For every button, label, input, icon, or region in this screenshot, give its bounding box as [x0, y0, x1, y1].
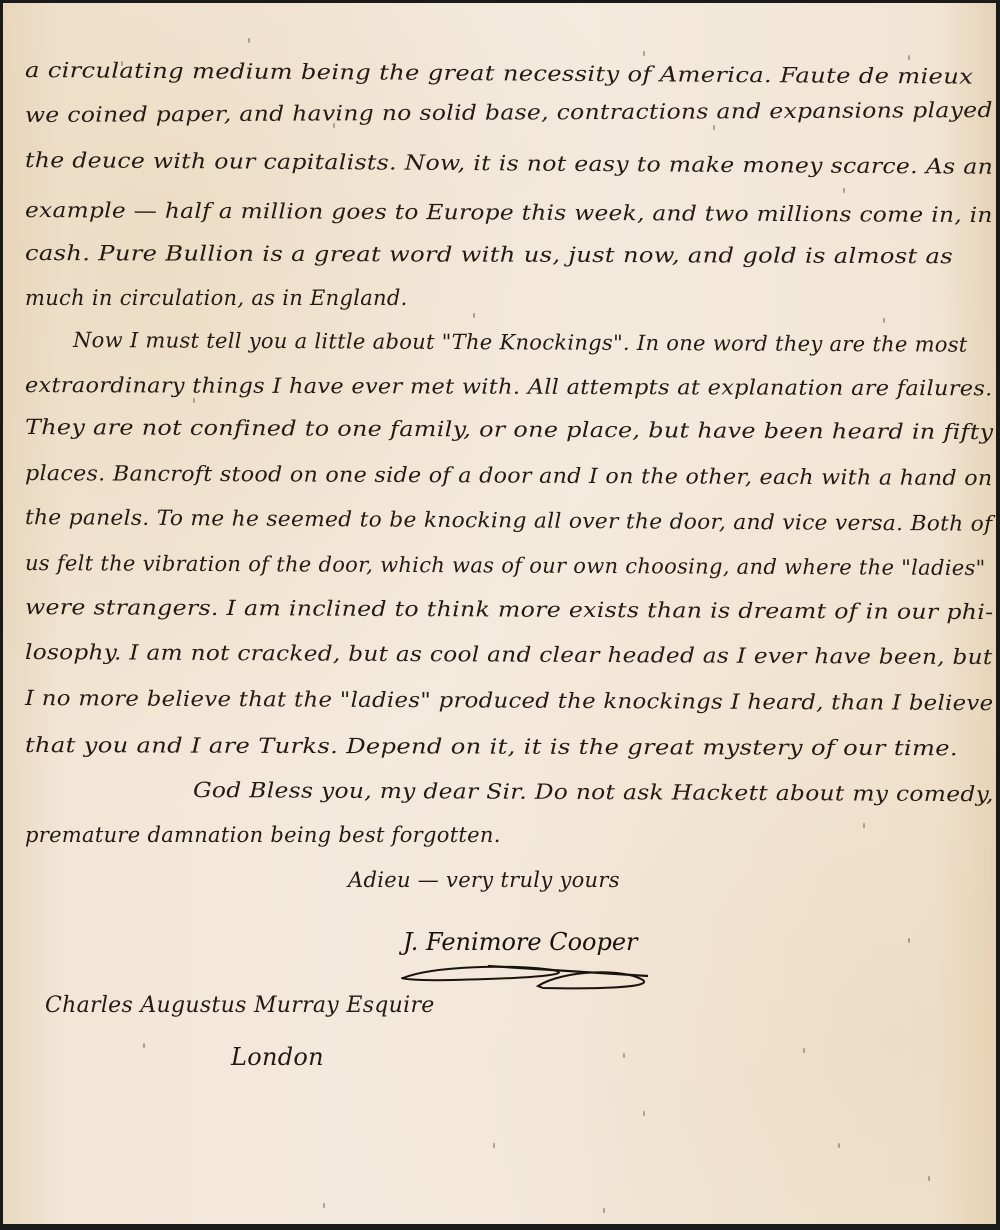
letter-line: we coined paper, and having no solid bas… [25, 98, 993, 127]
letter-line: cash. Pure Bullion is a great word with … [25, 241, 953, 268]
paper-speck [863, 823, 865, 828]
paper-speck [323, 1203, 325, 1208]
letter-line: premature damnation being best forgotten… [25, 823, 501, 847]
letter-line: were strangers. I am inclined to think m… [25, 595, 994, 624]
paper-speck [473, 313, 475, 318]
paper-speck [883, 318, 885, 323]
letter-line: example — half a million goes to Europe … [25, 198, 993, 227]
letter-line: losophy. I am not cracked, but as cool a… [25, 640, 993, 669]
letter-line: extraordinary things I have ever met wit… [25, 373, 993, 400]
letter-page: a circulating medium being the great nec… [0, 0, 1000, 1230]
letter-line: that you and I are Turks. Depend on it, … [25, 733, 958, 760]
addressee-name: Charles Augustus Murray Esquire [45, 993, 435, 1018]
letter-line: God Bless you, my dear Sir. Do not ask H… [193, 778, 994, 806]
paper-speck [643, 1111, 645, 1116]
letter-line: places. Bancroft stood on one side of a … [25, 461, 993, 490]
addressee-city: London [231, 1043, 324, 1071]
paper-speck [713, 125, 715, 130]
paper-speck [603, 1208, 605, 1213]
letter-line: the deuce with our capitalists. Now, it … [25, 148, 993, 179]
letter-line: the panels. To me he seemed to be knocki… [25, 505, 993, 536]
paper-speck [143, 1043, 145, 1048]
letter-line: a circulating medium being the great nec… [25, 58, 973, 89]
letter-line: much in circulation, as in England. [25, 286, 408, 310]
letter-closing: Adieu — very truly yours [348, 868, 620, 892]
letter-line: us felt the vibration of the door, which… [25, 551, 986, 580]
letter-line: I no more believe that the "ladies" prod… [25, 686, 994, 715]
paper-speck [623, 1053, 625, 1058]
paper-speck [908, 938, 910, 943]
paper-speck [908, 55, 910, 60]
letter-line: Now I must tell you a little about "The … [73, 328, 968, 357]
letter-line: They are not confined to one family, or … [25, 415, 994, 444]
signature: J. Fenimore Cooper [403, 928, 638, 956]
signature-flourish-icon [393, 958, 663, 993]
paper-speck [838, 1143, 840, 1148]
paper-speck [643, 51, 645, 56]
paper-speck [493, 1143, 495, 1148]
paper-speck [248, 38, 250, 43]
paper-speck [193, 398, 195, 403]
paper-speck [928, 1176, 930, 1181]
paper-speck [843, 188, 845, 193]
paper-speck [803, 1048, 805, 1053]
